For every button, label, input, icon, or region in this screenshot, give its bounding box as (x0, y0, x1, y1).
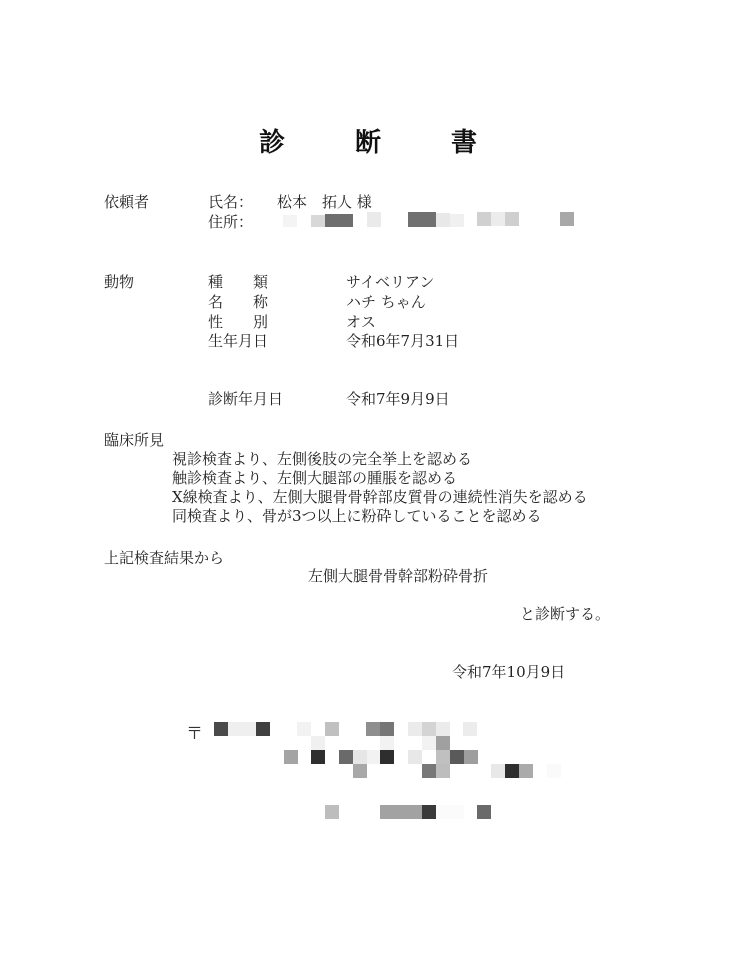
animal-field-value-sex: オス (346, 312, 376, 332)
animal-field-label-species: 種 類 (208, 272, 268, 292)
diagnosis-date-value: 令和7年9月9日 (346, 389, 450, 409)
postal-mark-icon: 〒 (186, 719, 203, 744)
name-value: 松本 拓人 様 (277, 192, 372, 212)
finding-item: X線検査より、左側大腿骨骨幹部皮質骨の連続性消失を認める (172, 487, 588, 507)
animal-field-value-name: ハチ ちゃん (346, 292, 426, 312)
animal-field-label-birthdate: 生年月日 (208, 331, 268, 351)
diagnosis-result: 左側大腿骨骨幹部粉砕骨折 (308, 566, 488, 586)
clinical-findings-label: 臨床所見 (104, 430, 164, 450)
name-label: 氏名： (208, 192, 253, 212)
conclusion-intro: 上記検査結果から (104, 548, 224, 568)
conclusion-closing: と診断する。 (520, 604, 610, 624)
finding-item: 同検査より、骨が3つ以上に粉砕していることを認める (172, 506, 542, 526)
animal-field-label-name: 名 称 (208, 292, 268, 312)
animal-field-label-sex: 性 別 (208, 312, 268, 332)
finding-item: 触診検査より、左側大腿部の腫脹を認める (172, 468, 457, 488)
finding-item: 視診検査より、左側後肢の完全挙上を認める (172, 449, 472, 469)
diagnosis-date-label: 診断年月日 (208, 389, 283, 409)
document-title: 診 断 書 (0, 122, 736, 159)
issue-date: 令和7年10月9日 (452, 662, 565, 682)
animal-field-value-species: サイベリアン (346, 272, 434, 292)
address-label: 住所： (208, 212, 253, 232)
animal-label: 動物 (104, 272, 134, 292)
requester-label: 依頼者 (104, 192, 149, 212)
animal-field-value-birthdate: 令和6年7月31日 (346, 331, 459, 351)
